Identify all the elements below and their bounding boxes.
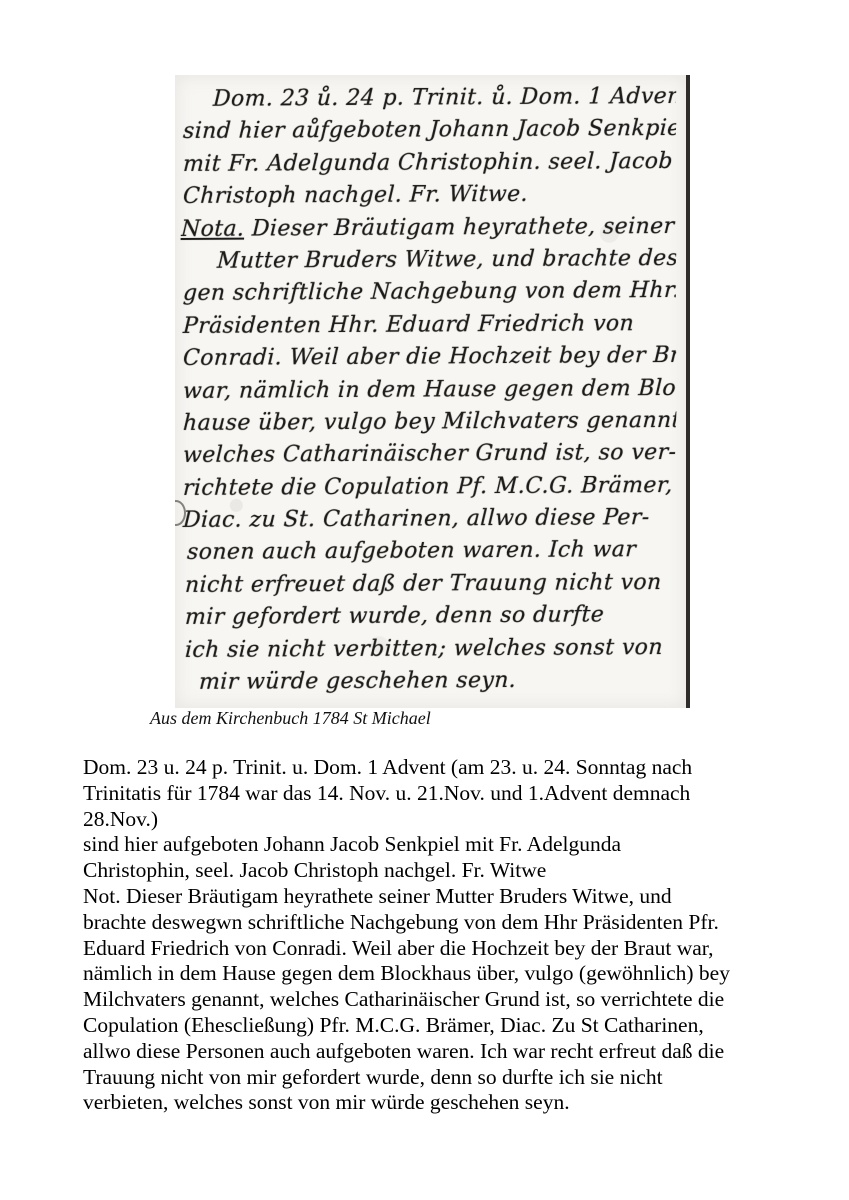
transcription-line: verbieten, welches sonst von mir würde g… xyxy=(83,1090,803,1116)
manuscript-line: hause über, vulgo bey Milchvaters genann… xyxy=(180,405,676,440)
scan-caption: Aus dem Kirchenbuch 1784 St Michael xyxy=(150,708,431,729)
manuscript-line: Dom. 23 ů. 24 p. Trinit. ů. Dom. 1 Adven… xyxy=(180,81,676,116)
manuscript-line: Mutter Bruders Witwe, und brachte deswe- xyxy=(180,243,676,278)
manuscript-line: sind hier aůfgeboten Johann Jacob Senkpi… xyxy=(180,113,676,148)
manuscript-line: mit Fr. Adelgunda Christophin. seel. Jac… xyxy=(180,146,676,181)
manuscript-line: mir würde geschehen seyn. xyxy=(180,664,676,699)
manuscript-underlined-word: Nota. xyxy=(180,216,245,241)
manuscript-text: Dom. 23 ů. 24 p. Trinit. ů. Dom. 1 Adven… xyxy=(181,84,676,699)
transcription-line: Trauung nicht von mir gefordert wurde, d… xyxy=(83,1065,803,1091)
page: { "manuscript": { "paper_color": "#f7f6f… xyxy=(0,0,849,1200)
manuscript-line: Nota. Dieser Bräutigam heyrathete, seine… xyxy=(180,211,676,246)
transcription-line: nämlich in dem Hause gegen dem Blockhaus… xyxy=(83,961,803,987)
transcription-line: brachte deswegwn schriftliche Nachgebung… xyxy=(83,910,803,936)
manuscript-line: Conradi. Weil aber die Hochzeit bey der … xyxy=(180,340,676,375)
transcription-text: Dom. 23 u. 24 p. Trinit. u. Dom. 1 Adven… xyxy=(83,755,803,1116)
manuscript-line: war, nämlich in dem Hause gegen dem Bloc… xyxy=(180,372,676,407)
manuscript-line: Diac. zu St. Catharinen, allwo diese Per… xyxy=(180,502,676,537)
church-book-scan: Dom. 23 ů. 24 p. Trinit. ů. Dom. 1 Adven… xyxy=(175,75,690,708)
transcription-line: Christophin, seel. Jacob Christoph nachg… xyxy=(83,858,803,884)
manuscript-line: richtete die Copulation Pf. M.C.G. Bräme… xyxy=(180,470,676,505)
manuscript-line: Präsidenten Hhr. Eduard Friedrich von xyxy=(180,308,676,343)
transcription-line: Trinitatis für 1784 war das 14. Nov. u. … xyxy=(83,781,803,807)
transcription-line: Not. Dieser Bräutigam heyrathete seiner … xyxy=(83,884,803,910)
transcription-line: Milchvaters genannt, welches Catharinäis… xyxy=(83,987,803,1013)
transcription-line: allwo diese Personen auch aufgeboten war… xyxy=(83,1039,803,1065)
manuscript-line: nicht erfreuet daß der Trauung nicht von xyxy=(180,567,676,602)
manuscript-line: Christoph nachgel. Fr. Witwe. xyxy=(180,178,676,213)
manuscript-line: gen schriftliche Nachgebung von dem Hhr. xyxy=(180,275,676,310)
manuscript-line: sonen auch aufgeboten waren. Ich war xyxy=(180,534,676,569)
transcription-line: sind hier aufgeboten Johann Jacob Senkpi… xyxy=(83,832,803,858)
manuscript-line: ich sie nicht verbitten; welches sonst v… xyxy=(180,632,676,667)
manuscript-line: welches Catharinäischer Grund ist, so ve… xyxy=(180,437,676,472)
manuscript-line: mir gefordert wurde, denn so durfte xyxy=(180,599,676,634)
transcription-line: Copulation (Ehescließung) Pfr. M.C.G. Br… xyxy=(83,1013,803,1039)
transcription-line: Dom. 23 u. 24 p. Trinit. u. Dom. 1 Adven… xyxy=(83,755,803,781)
transcription-line: 28.Nov.) xyxy=(83,807,803,833)
transcription-line: Eduard Friedrich von Conradi. Weil aber … xyxy=(83,936,803,962)
